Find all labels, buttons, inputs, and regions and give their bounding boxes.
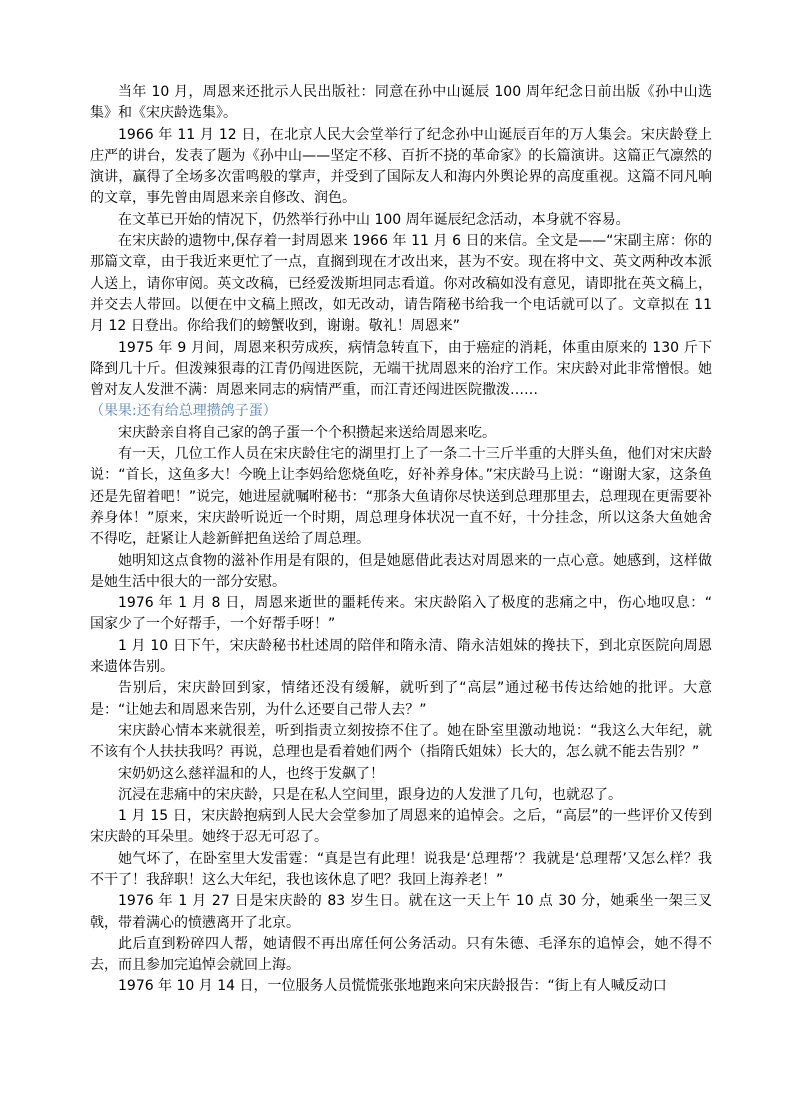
paragraph: 在文革已开始的情况下，仍然举行孙中山 100 周年诞辰纪念活动，本身就不容易。	[90, 210, 712, 231]
paragraph: 1976 年 1 月 8 日，周恩来逝世的噩耗传来。宋庆龄陷入了极度的悲痛之中，…	[90, 593, 712, 636]
paragraph: 1 月 15 日，宋庆龄抱病到人民大会堂参加了周恩来的追悼会。之后，“高层”的一…	[90, 806, 712, 849]
document-page: 当年 10 月，周恩来还批示人民出版社：同意在孙中山诞辰 100 周年纪念日前出…	[0, 0, 800, 1100]
paragraph: 告别后，宋庆龄回到家，情绪还没有缓解，就听到了“高层”通过秘书传达给她的批评。大…	[90, 678, 712, 721]
paragraph: 1966 年 11 月 12 日，在北京人民大会堂举行了纪念孙中山诞辰百年的万人…	[90, 125, 712, 210]
paragraph: 她气坏了，在卧室里大发雷霆：“真是岂有此理！说我是‘总理帮’？我就是‘总理帮’又…	[90, 849, 712, 892]
paragraph: 此后直到粉碎四人帮，她请假不再出席任何公务活动。只有朱德、毛泽东的追悼会，她不得…	[90, 934, 712, 977]
paragraph: 宋奶奶这么慈祥温和的人，也终于发飙了！	[90, 764, 712, 785]
annotation-paragraph: （果果:还有给总理攒鸽子蛋）	[90, 401, 712, 422]
paragraph: 1 月 10 日下午，宋庆龄秘书杜述周的陪伴和隋永清、隋永洁姐妹的搀扶下，到北京…	[90, 636, 712, 679]
document-text-body: 当年 10 月，周恩来还批示人民出版社：同意在孙中山诞辰 100 周年纪念日前出…	[90, 82, 712, 998]
paragraph: 1975 年 9 月间，周恩来积劳成疾，病情急转直下，由于癌症的消耗，体重由原来…	[90, 338, 712, 402]
paragraph: 1976 年 10 月 14 日，一位服务人员慌慌张张地跑来向宋庆龄报告：“街上…	[90, 976, 712, 997]
paragraph: 沉浸在悲痛中的宋庆龄，只是在私人空间里，跟身边的人发泄了几句，也就忍了。	[90, 785, 712, 806]
paragraph: 当年 10 月，周恩来还批示人民出版社：同意在孙中山诞辰 100 周年纪念日前出…	[90, 82, 712, 125]
paragraph: 宋庆龄亲自将自己家的鸽子蛋一个个积攒起来送给周恩来吃。	[90, 423, 712, 444]
paragraph: 她明知这点食物的滋补作用是有限的，但是她愿借此表达对周恩来的一点心意。她感到，这…	[90, 551, 712, 594]
paragraph: 宋庆龄心情本来就很差，听到指责立刻按捺不住了。她在卧室里激动地说：“我这么大年纪…	[90, 721, 712, 764]
paragraph: 1976 年 1 月 27 日是宋庆龄的 83 岁生日。就在这一天上午 10 点…	[90, 891, 712, 934]
paragraph: 在宋庆龄的遗物中,保存着一封周恩来 1966 年 11 月 6 日的来信。全文是…	[90, 231, 712, 337]
paragraph: 有一天，几位工作人员在宋庆龄住宅的湖里打上了一条二十三斤半重的大胖头鱼，他们对宋…	[90, 444, 712, 550]
